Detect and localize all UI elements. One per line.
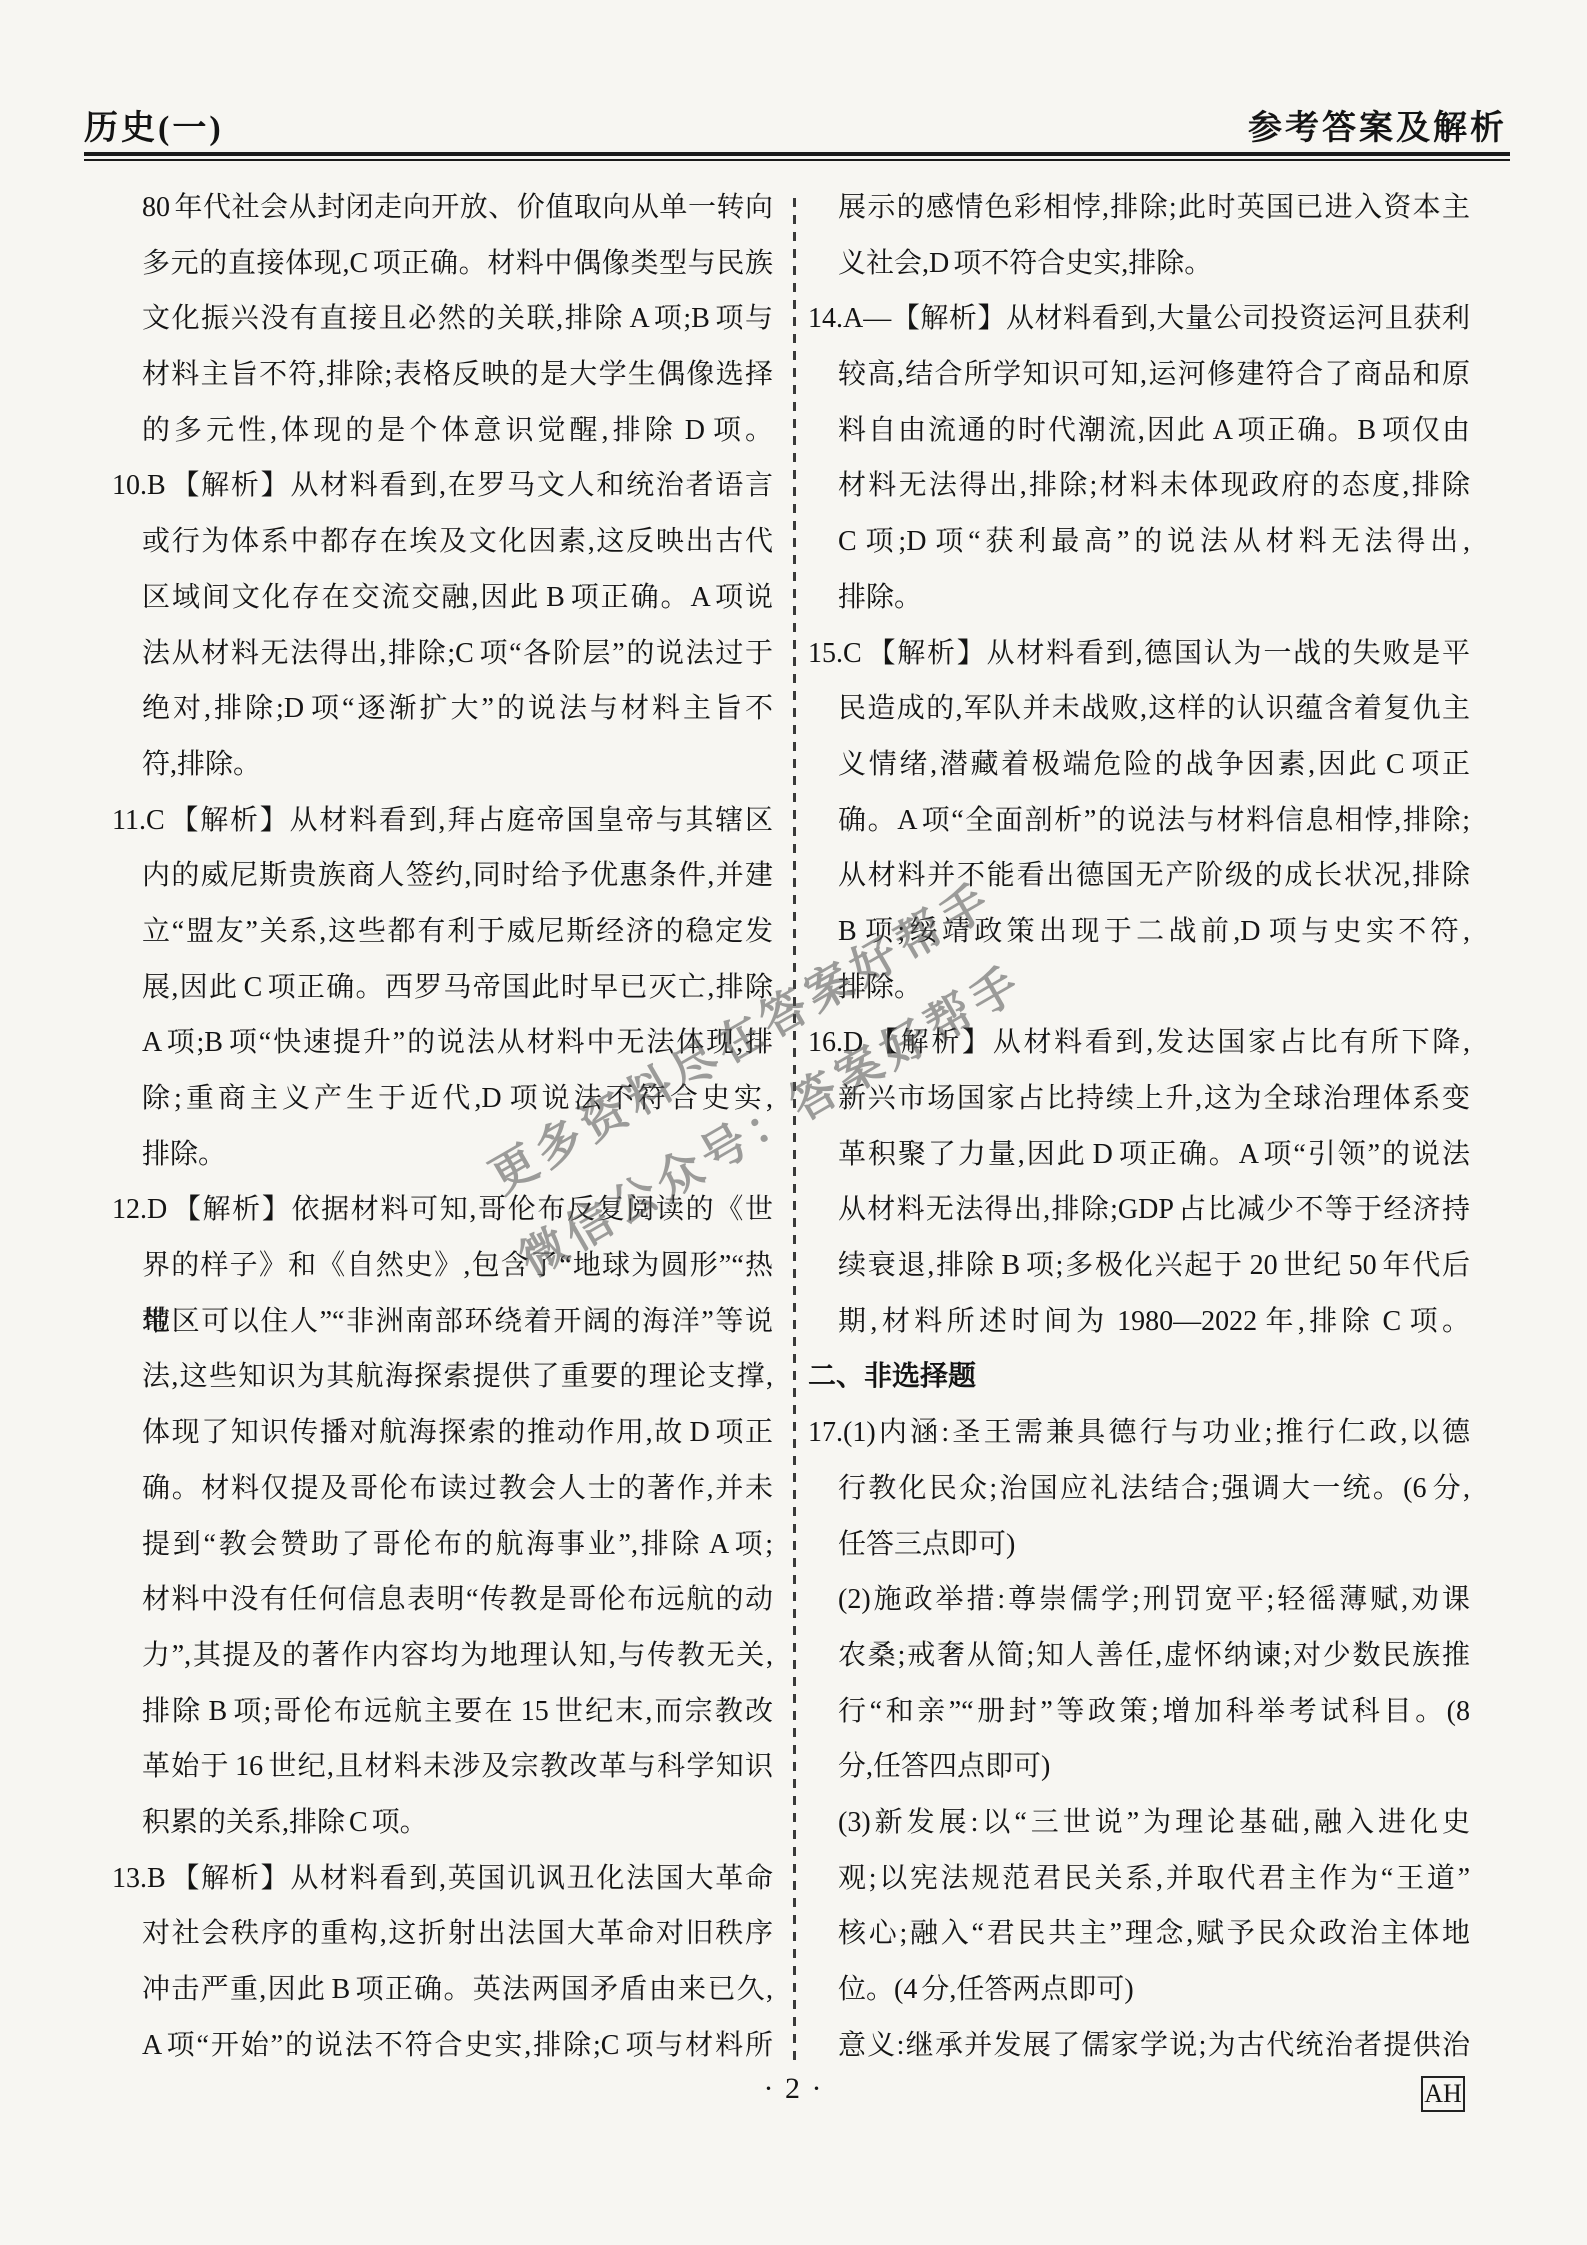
text-line: 确。材料仅提及哥伦布读过教会人士的著作,并未 [112, 1461, 773, 1517]
text-line: 行“和亲”“册封”等政策;增加科举考试科目。(8 [808, 1684, 1470, 1740]
text-line: 力”,其提及的著作内容均为地理认知,与传教无关, [112, 1628, 773, 1684]
text-line: 界的样子》和《自然史》,包含了“地球为圆形”“热带 [112, 1238, 773, 1294]
text-line: 材料主旨不符,排除;表格反映的是大学生偶像选择 [112, 347, 773, 403]
text-line: 多元的直接体现,C 项正确。材料中偶像类型与民族 [112, 236, 773, 292]
text-line: 地区可以住人”“非洲南部环绕着开阔的海洋”等说 [112, 1294, 773, 1350]
answers-column-left: 80 年代社会从封闭走向开放、价值取向从单一转向多元的直接体现,C 项正确。材料… [112, 180, 773, 2073]
text-line: 新兴市场国家占比持续上升,这为全球治理体系变 [808, 1071, 1470, 1127]
text-line: 料自由流通的时代潮流,因此 A 项正确。B 项仅由 [808, 403, 1470, 459]
text-line: 行教化民众;治国应礼法结合;强调大一统。(6 分, [808, 1461, 1470, 1517]
text-line: 展,因此 C 项正确。西罗马帝国此时早已灭亡,排除 [112, 960, 773, 1016]
text-line: 14.A—【解析】从材料看到,大量公司投资运河且获利 [808, 291, 1470, 347]
answers-column-right: 展示的感情色彩相悖,排除;此时英国已进入资本主义社会,D 项不符合史实,排除。1… [808, 180, 1470, 2073]
text-line: 排除。 [808, 570, 1470, 626]
text-line: 符,排除。 [112, 737, 773, 793]
subject-title: 历史(一) [84, 100, 224, 149]
text-line: 体现了知识传播对航海探索的推动作用,故 D 项正 [112, 1405, 773, 1461]
text-line: 从材料无法得出,排除;GDP 占比减少不等于经济持 [808, 1182, 1470, 1238]
text-line: 法,这些知识为其航海探索提供了重要的理论支撑, [112, 1349, 773, 1405]
text-line: 17.(1)内涵:圣王需兼具德行与功业;推行仁政,以德 [808, 1405, 1470, 1461]
text-line: 文化振兴没有直接且必然的关联,排除 A 项;B 项与 [112, 291, 773, 347]
text-line: 展示的感情色彩相悖,排除;此时英国已进入资本主 [808, 180, 1470, 236]
text-line: 内的威尼斯贵族商人签约,同时给予优惠条件,并建 [112, 848, 773, 904]
text-line: 15.C 【解析】从材料看到,德国认为一战的失败是平 [808, 626, 1470, 682]
text-line: 13.B 【解析】从材料看到,英国讥讽丑化法国大革命 [112, 1851, 773, 1907]
text-line: 义情绪,潜藏着极端危险的战争因素,因此 C 项正 [808, 737, 1470, 793]
text-line: 材料中没有任何信息表明“传教是哥伦布远航的动 [112, 1572, 773, 1628]
header-rule [84, 152, 1510, 161]
text-line: 农桑;戒奢从简;知人善任,虚怀纳谏;对少数民族推 [808, 1628, 1470, 1684]
text-line: 11.C 【解析】从材料看到,拜占庭帝国皇帝与其辖区 [112, 793, 773, 849]
text-line: A 项;B 项“快速提升”的说法从材料中无法体现,排 [112, 1015, 773, 1071]
text-line: A 项“开始”的说法不符合史实,排除;C 项与材料所 [112, 2018, 773, 2074]
text-line: 民造成的,军队并未战败,这样的认识蕴含着复仇主 [808, 681, 1470, 737]
text-line: 排除。 [808, 960, 1470, 1016]
text-line: 排除。 [112, 1127, 773, 1183]
text-line: 确。A 项“全面剖析”的说法与材料信息相悖,排除; [808, 793, 1470, 849]
column-divider [793, 198, 796, 2062]
text-line: 二、非选择题 [808, 1349, 1470, 1405]
text-line: 较高,结合所学知识可知,运河修建符合了商品和原 [808, 347, 1470, 403]
text-line: (3)新发展:以“三世说”为理论基础,融入进化史 [808, 1795, 1470, 1851]
text-line: 的多元性,体现的是个体意识觉醒,排除 D 项。 [112, 403, 773, 459]
answer-sheet-page: 历史(一) 参考答案及解析 80 年代社会从封闭走向开放、价值取向从单一转向多元… [0, 0, 1587, 2245]
text-line: 观;以宪法规范君民关系,并取代君主作为“王道” [808, 1851, 1470, 1907]
text-line: 期,材料所述时间为 1980—2022 年,排除 C 项。 [808, 1294, 1470, 1350]
text-line: 任答三点即可) [808, 1517, 1470, 1573]
text-line: C 项;D 项“获利最高”的说法从材料无法得出, [808, 514, 1470, 570]
text-line: 除;重商主义产生于近代,D 项说法不符合史实, [112, 1071, 773, 1127]
text-line: 革积聚了力量,因此 D 项正确。A 项“引领”的说法 [808, 1127, 1470, 1183]
text-line: 排除 B 项;哥伦布远航主要在 15 世纪末,而宗教改 [112, 1684, 773, 1740]
text-line: 绝对,排除;D 项“逐渐扩大”的说法与材料主旨不 [112, 681, 773, 737]
text-line: 立“盟友”关系,这些都有利于威尼斯经济的稳定发 [112, 904, 773, 960]
text-line: 意义:继承并发展了儒家学说;为古代统治者提供治 [808, 2018, 1470, 2074]
text-line: 12.D 【解析】依据材料可知,哥伦布反复阅读的《世 [112, 1182, 773, 1238]
page-number: · 2 · [0, 2072, 1587, 2106]
text-line: 位。(4 分,任答两点即可) [808, 1962, 1470, 2018]
text-line: 80 年代社会从封闭走向开放、价值取向从单一转向 [112, 180, 773, 236]
text-line: 核心;融入“君民共主”理念,赋予民众政治主体地 [808, 1906, 1470, 1962]
text-line: 10.B 【解析】从材料看到,在罗马文人和统治者语言 [112, 458, 773, 514]
edition-badge: AH [1421, 2076, 1465, 2112]
text-line: 或行为体系中都存在埃及文化因素,这反映出古代 [112, 514, 773, 570]
text-line: 对社会秩序的重构,这折射出法国大革命对旧秩序 [112, 1906, 773, 1962]
text-line: 法从材料无法得出,排除;C 项“各阶层”的说法过于 [112, 626, 773, 682]
text-line: (2)施政举措:尊崇儒学;刑罚宽平;轻徭薄赋,劝课 [808, 1572, 1470, 1628]
page-title: 参考答案及解析 [1248, 100, 1507, 149]
text-line: 革始于 16 世纪,且材料未涉及宗教改革与科学知识 [112, 1739, 773, 1795]
text-line: 材料无法得出,排除;材料未体现政府的态度,排除 [808, 458, 1470, 514]
text-line: 冲击严重,因此 B 项正确。英法两国矛盾由来已久, [112, 1962, 773, 2018]
text-line: 16.D 【解析】从材料看到,发达国家占比有所下降, [808, 1015, 1470, 1071]
text-line: 续衰退,排除 B 项;多极化兴起于 20 世纪 50 年代后 [808, 1238, 1470, 1294]
text-line: 分,任答四点即可) [808, 1739, 1470, 1795]
text-line: 从材料并不能看出德国无产阶级的成长状况,排除 [808, 848, 1470, 904]
text-line: 义社会,D 项不符合史实,排除。 [808, 236, 1470, 292]
text-line: 区域间文化存在交流交融,因此 B 项正确。A 项说 [112, 570, 773, 626]
text-line: B 项;绥靖政策出现于二战前,D 项与史实不符, [808, 904, 1470, 960]
text-line: 提到“教会赞助了哥伦布的航海事业”,排除 A 项; [112, 1517, 773, 1573]
text-line: 积累的关系,排除 C 项。 [112, 1795, 773, 1851]
